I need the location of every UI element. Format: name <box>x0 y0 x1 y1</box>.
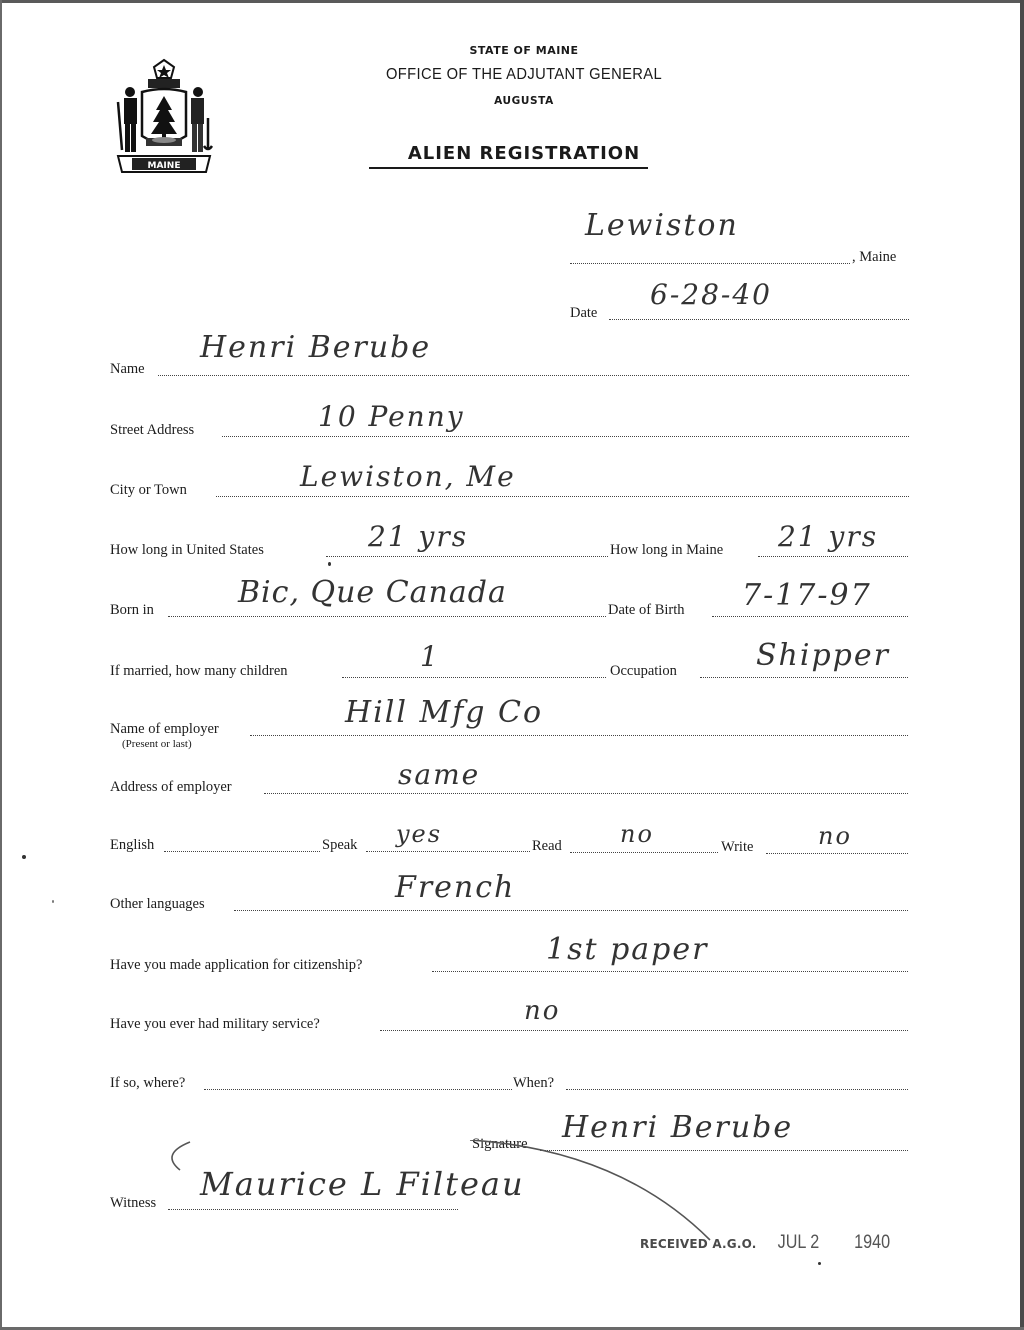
occupation-label: Occupation <box>610 663 677 680</box>
employer-name-sublabel: (Present or last) <box>122 738 192 750</box>
read-value[interactable]: no <box>620 820 654 848</box>
write-line <box>766 853 908 854</box>
header-state: STATE OF MAINE <box>12 44 1024 57</box>
born-in-line <box>168 616 606 617</box>
citizenship-line <box>432 971 908 972</box>
stamp-year: 1940 <box>854 1232 890 1254</box>
when-line <box>566 1089 908 1090</box>
stamp-received: RECEIVED A.G.O. <box>640 1237 757 1251</box>
speak-value[interactable]: yes <box>396 820 442 848</box>
page-edge-left <box>0 0 2 1330</box>
born-in-label: Born in <box>110 602 154 619</box>
occupation-line <box>700 677 908 678</box>
other-languages-line <box>234 910 908 911</box>
employer-name-value[interactable]: Hill Mfg Co <box>345 695 543 730</box>
street-address-value[interactable]: 10 Penny <box>318 400 465 433</box>
speak-line <box>366 851 530 852</box>
date-of-birth-line <box>712 616 908 617</box>
children-label: If married, how many children <box>110 663 288 680</box>
name-value[interactable]: Henri Berube <box>200 330 431 365</box>
date-value[interactable]: 6-28-40 <box>650 278 772 311</box>
date-label: Date <box>570 305 597 322</box>
military-line <box>380 1030 908 1031</box>
town-line <box>570 263 850 264</box>
witness-value[interactable]: Maurice L Filteau <box>200 1165 525 1203</box>
city-or-town-label: City or Town <box>110 482 187 499</box>
page-edge-top <box>0 0 1024 3</box>
header-office: OFFICE OF THE ADJUTANT GENERAL <box>53 66 995 84</box>
how-long-maine-value[interactable]: 21 yrs <box>778 520 878 553</box>
form-title: ALIEN REGISTRATION <box>12 143 1024 164</box>
town-suffix-label: , Maine <box>852 249 896 266</box>
street-address-line <box>222 436 909 437</box>
when-label: When? <box>513 1075 554 1092</box>
date-of-birth-value[interactable]: 7-17-97 <box>742 578 872 613</box>
where-line <box>204 1089 512 1090</box>
town-value[interactable]: Lewiston <box>585 208 739 243</box>
scan-speck <box>818 1262 821 1265</box>
city-or-town-line <box>216 496 909 497</box>
write-label: Write <box>721 839 753 856</box>
write-value[interactable]: no <box>818 822 852 850</box>
speak-label: Speak <box>322 837 357 854</box>
other-languages-label: Other languages <box>110 896 205 913</box>
citizenship-value[interactable]: 1st paper <box>546 932 708 967</box>
page-edge-right <box>1020 0 1024 1330</box>
employer-address-label: Address of employer <box>110 779 232 796</box>
received-stamp: RECEIVED A.G.O. JUL 2 1940 <box>640 1232 893 1254</box>
name-label: Name <box>110 361 145 378</box>
how-long-us-value[interactable]: 21 yrs <box>368 520 468 553</box>
military-label: Have you ever had military service? <box>110 1016 320 1033</box>
occupation-value[interactable]: Shipper <box>756 638 890 673</box>
employer-name-label: Name of employer <box>110 721 219 738</box>
date-of-birth-label: Date of Birth <box>608 602 685 619</box>
children-value[interactable]: 1 <box>420 640 440 673</box>
children-line <box>342 677 606 678</box>
read-line <box>570 852 718 853</box>
where-label: If so, where? <box>110 1075 185 1092</box>
english-line <box>164 851 320 852</box>
employer-address-value[interactable]: same <box>398 758 480 791</box>
title-underline <box>369 167 648 169</box>
witness-label: Witness <box>110 1195 156 1212</box>
city-or-town-value[interactable]: Lewiston, Me <box>300 460 516 493</box>
witness-line <box>168 1209 458 1210</box>
other-languages-value[interactable]: French <box>395 870 515 905</box>
read-label: Read <box>532 838 562 855</box>
employer-address-line <box>264 793 908 794</box>
employer-name-line <box>250 735 908 736</box>
how-long-us-label: How long in United States <box>110 542 264 559</box>
street-address-label: Street Address <box>110 422 194 439</box>
date-line <box>609 319 909 320</box>
scan-speck <box>22 855 26 859</box>
how-long-maine-label: How long in Maine <box>610 542 723 559</box>
born-in-value[interactable]: Bic, Que Canada <box>238 575 507 610</box>
scan-speck <box>52 900 54 903</box>
how-long-maine-line <box>758 556 908 557</box>
how-long-us-line <box>326 556 608 557</box>
citizenship-label: Have you made application for citizenshi… <box>110 957 362 974</box>
stamp-date: JUL 2 <box>778 1232 820 1254</box>
english-label: English <box>110 837 154 854</box>
header-city: AUGUSTA <box>12 95 1024 107</box>
military-value[interactable]: no <box>524 996 560 1026</box>
name-line <box>158 375 909 376</box>
scan-speck <box>328 562 331 566</box>
